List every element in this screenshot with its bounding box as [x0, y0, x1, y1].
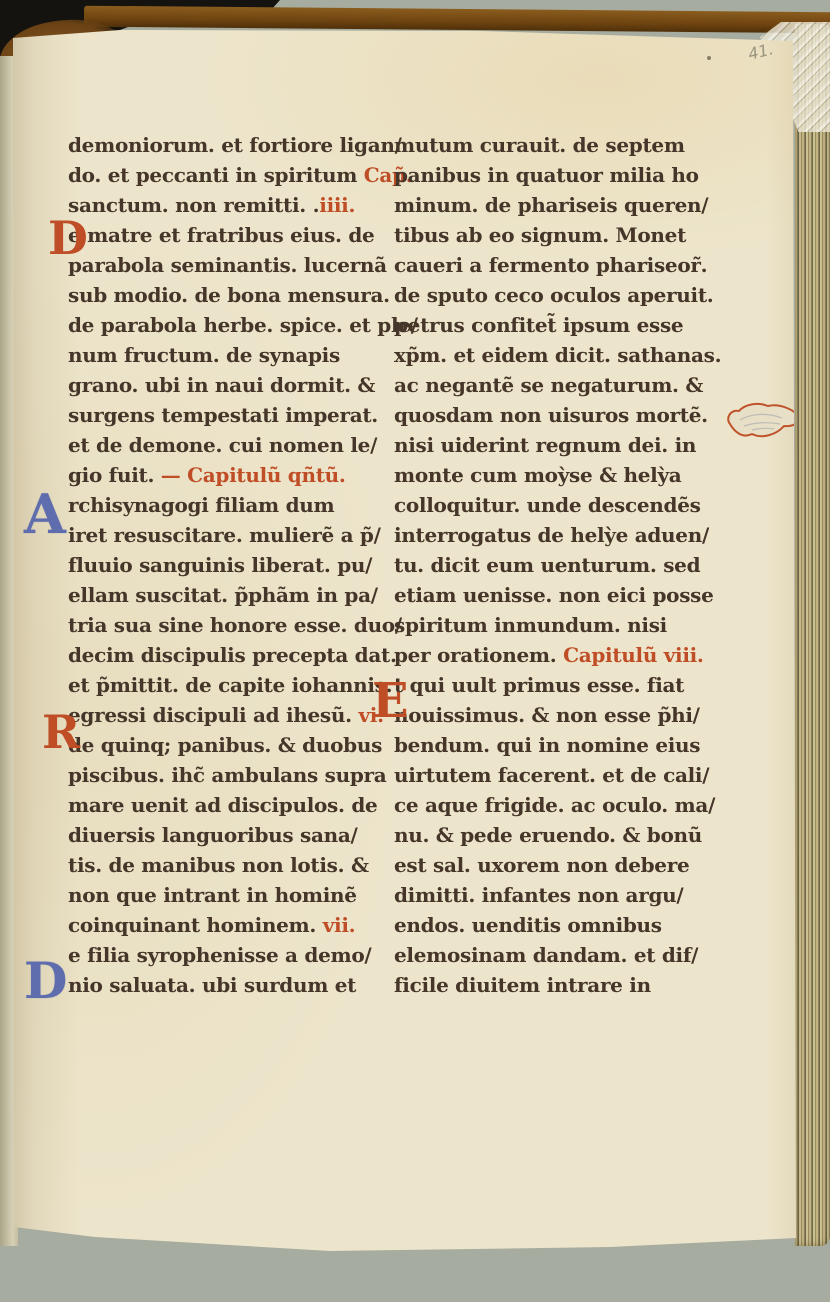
body-text: e matre et fratribus eius. de [68, 223, 374, 247]
parchment-page: 41. demoniorum. et fortiore ligan/do. et… [0, 0, 830, 1302]
body-text: sub modio. de bona mensura. [68, 283, 390, 307]
body-text: surgens tempestati imperat. [68, 403, 378, 427]
text-line: e filia syrophenisse a demo/ [68, 940, 388, 970]
text-line: est sal. uxorem non debere [394, 850, 714, 880]
text-line: et p̃mittit. de capite iohannis. [68, 670, 388, 700]
text-line: num fructum. de synapis [68, 340, 388, 370]
speck [225, 1263, 229, 1267]
text-line: ac negantẽ se negaturum. & [394, 370, 714, 400]
text-line: coinquinant hominem. vii. [68, 910, 388, 940]
body-text: est sal. uxorem non debere [394, 853, 689, 877]
text-line: nisi uiderint regnum dei. in [394, 430, 714, 460]
text-line: iret resuscitare. mulierẽ a p̃/ [68, 520, 388, 550]
text-line: de parabola herbe. spice. et ple/ [68, 310, 388, 340]
body-text: quosdam non uisuros mortẽ. [394, 403, 708, 427]
parchment-repair-doodle [722, 396, 806, 450]
text-line: ce aque frigide. ac oculo. ma/ [394, 790, 714, 820]
body-text: de parabola herbe. spice. et ple/ [68, 313, 418, 337]
folio-number: 41. [746, 39, 775, 64]
text-line: gio fuit. — Capitulũ qñtũ. [68, 460, 388, 490]
rubric-text: Capitulũ viii. [563, 643, 704, 667]
book-fore-edge [795, 24, 830, 1246]
text-line: uirtutem facerent. et de cali/ [394, 760, 714, 790]
body-text: tria sua sine honore esse. duo/ [68, 613, 402, 637]
text-line: et de demone. cui nomen le/ [68, 430, 388, 460]
body-text: nu. & pede eruendo. & bonũ [394, 823, 702, 847]
text-line: petrus confitet̃ ipsum esse [394, 310, 714, 340]
text-line: per orationem. Capitulũ viii. [394, 640, 714, 670]
body-text: dimitti. infantes non argu/ [394, 883, 683, 907]
body-text: per orationem. [394, 643, 563, 667]
text-line: etiam uenisse. non eici posse [394, 580, 714, 610]
body-text: tis. de manibus non lotis. & [68, 853, 369, 877]
body-text: gio fuit. [68, 463, 161, 487]
body-text: ellam suscitat. p̃phãm in pa/ [68, 583, 378, 607]
text-line: endos. uenditis omnibus [394, 910, 714, 940]
text-line: mare uenit ad discipulos. de [68, 790, 388, 820]
body-text: ce aque frigide. ac oculo. ma/ [394, 793, 715, 817]
text-line: parabola seminantis. lucernã [68, 250, 388, 280]
body-text: minum. de phariseis queren/ [394, 193, 708, 217]
text-line: nio saluata. ubi surdum et [68, 970, 388, 1000]
body-text: demoniorum. et fortiore ligan/ [68, 133, 402, 157]
text-line: nouissimus. & non esse p̃hi/ [394, 700, 714, 730]
text-line: sanctum. non remitti. .iiii. [68, 190, 388, 220]
body-text: diuersis languoribus sana/ [68, 823, 358, 847]
text-line: fluuio sanguinis liberat. pu/ [68, 550, 388, 580]
body-text: nio saluata. ubi surdum et [68, 973, 356, 997]
text-line: piscibus. ihc̃ ambulans supra [68, 760, 388, 790]
text-line: minum. de phariseis queren/ [394, 190, 714, 220]
body-text: mare uenit ad discipulos. de [68, 793, 377, 817]
body-text: fluuio sanguinis liberat. pu/ [68, 553, 372, 577]
text-line: ellam suscitat. p̃phãm in pa/ [68, 580, 388, 610]
body-text: parabola seminantis. lucernã [68, 253, 387, 277]
rubric-text: — Capitulũ qñtũ. [161, 463, 346, 487]
text-line: e matre et fratribus eius. de [68, 220, 388, 250]
book-cover-top-edge [84, 6, 830, 34]
body-text: panibus in quatuor milia ho [394, 163, 699, 187]
decorated-initial-R: R [42, 712, 80, 753]
body-text: tibus ab eo signum. Monet [394, 223, 686, 247]
text-line: do. et peccanti in spiritum Cap̃. [68, 160, 388, 190]
text-line: surgens tempestati imperat. [68, 400, 388, 430]
text-line: monte cum moỳse & helỳa [394, 460, 714, 490]
text-line: sub modio. de bona mensura. [68, 280, 388, 310]
rubric-text: vii. [323, 913, 356, 937]
text-line: tibus ab eo signum. Monet [394, 220, 714, 250]
text-line: non que intrant in hominẽ [68, 880, 388, 910]
body-text: num fructum. de synapis [68, 343, 340, 367]
body-text: colloquitur. unde descendẽs [394, 493, 701, 517]
body-text: spiritum inmundum. nisi [394, 613, 667, 637]
body-text: et p̃mittit. de capite iohannis. [68, 673, 392, 697]
body-text: non que intrant in hominẽ [68, 883, 357, 907]
text-line: panibus in quatuor milia ho [394, 160, 714, 190]
body-text: nouissimus. & non esse p̃hi/ [394, 703, 700, 727]
body-text: grano. ubi in naui dormit. & [68, 373, 375, 397]
body-text: ficile diuitem intrare in [394, 973, 651, 997]
text-line: tu. dicit eum uenturum. sed [394, 550, 714, 580]
text-line: de sputo ceco oculos aperuit. [394, 280, 714, 310]
text-line: egressi discipuli ad ihesũ. vi. [68, 700, 388, 730]
rubric-text: iiii. [319, 193, 355, 217]
text-line: dimitti. infantes non argu/ [394, 880, 714, 910]
body-text: et de demone. cui nomen le/ [68, 433, 377, 457]
text-line: caueri a fermento phariseor̃. [394, 250, 714, 280]
text-line: xp̃m. et eidem dicit. sathanas. [394, 340, 714, 370]
ink-smudge [222, 1254, 248, 1268]
text-line: de quinq; panibus. & duobus [68, 730, 388, 760]
right-text-column: mutum curauit. de septempanibus in quatu… [394, 130, 714, 1000]
body-text: etiam uenisse. non eici posse [394, 583, 714, 607]
body-text: elemosinam dandam. et dif/ [394, 943, 698, 967]
body-text: ac negantẽ se negaturum. & [394, 373, 703, 397]
body-text: do. et peccanti in spiritum [68, 163, 364, 187]
text-line: spiritum inmundum. nisi [394, 610, 714, 640]
text-line: quosdam non uisuros mortẽ. [394, 400, 714, 430]
body-text: decim discipulis precepta dat. [68, 643, 397, 667]
body-text: t qui uult primus esse. fiat [394, 673, 684, 697]
text-line: ficile diuitem intrare in [394, 970, 714, 1000]
body-text: rchisynagogi filiam dum [68, 493, 334, 517]
body-text: egressi discipuli ad ihesũ. [68, 703, 358, 727]
text-line: mutum curauit. de septem [394, 130, 714, 160]
body-text: bendum. qui in nomine eius [394, 733, 700, 757]
text-line: rchisynagogi filiam dum [68, 490, 388, 520]
body-text: coinquinant hominem. [68, 913, 323, 937]
text-line: t qui uult primus esse. fiat [394, 670, 714, 700]
body-text: caueri a fermento phariseor̃. [394, 253, 707, 277]
body-text: iret resuscitare. mulierẽ a p̃/ [68, 523, 381, 547]
body-text: petrus confitet̃ ipsum esse [394, 313, 683, 337]
text-line: diuersis languoribus sana/ [68, 820, 388, 850]
decorated-initial-A: A [24, 490, 66, 539]
text-line: decim discipulis precepta dat. [68, 640, 388, 670]
body-text: piscibus. ihc̃ ambulans supra [68, 763, 386, 787]
text-line: colloquitur. unde descendẽs [394, 490, 714, 520]
manuscript-photo: 41. demoniorum. et fortiore ligan/do. et… [0, 0, 830, 1302]
text-line: grano. ubi in naui dormit. & [68, 370, 388, 400]
body-text: e filia syrophenisse a demo/ [68, 943, 371, 967]
body-text: de quinq; panibus. & duobus [68, 733, 382, 757]
body-text: endos. uenditis omnibus [394, 913, 662, 937]
decorated-initial-D: D [24, 958, 67, 1003]
body-text: uirtutem facerent. et de cali/ [394, 763, 709, 787]
body-text: de sputo ceco oculos aperuit. [394, 283, 713, 307]
text-line: bendum. qui in nomine eius [394, 730, 714, 760]
text-line: demoniorum. et fortiore ligan/ [68, 130, 388, 160]
left-text-column: demoniorum. et fortiore ligan/do. et pec… [68, 130, 388, 1000]
body-text: nisi uiderint regnum dei. in [394, 433, 696, 457]
text-line: elemosinam dandam. et dif/ [394, 940, 714, 970]
body-text: interrogatus de helỳe aduen/ [394, 523, 709, 547]
speck [707, 56, 711, 60]
text-line: tria sua sine honore esse. duo/ [68, 610, 388, 640]
text-line: nu. & pede eruendo. & bonũ [394, 820, 714, 850]
text-line: tis. de manibus non lotis. & [68, 850, 388, 880]
body-text: xp̃m. et eidem dicit. sathanas. [394, 343, 721, 367]
decorated-initial-D: D [48, 218, 88, 259]
decorated-initial-E: E [372, 680, 409, 723]
body-text: tu. dicit eum uenturum. sed [394, 553, 700, 577]
body-text: sanctum. non remitti. . [68, 193, 319, 217]
body-text: mutum curauit. de septem [394, 133, 685, 157]
text-line: interrogatus de helỳe aduen/ [394, 520, 714, 550]
body-text: monte cum moỳse & helỳa [394, 463, 681, 487]
